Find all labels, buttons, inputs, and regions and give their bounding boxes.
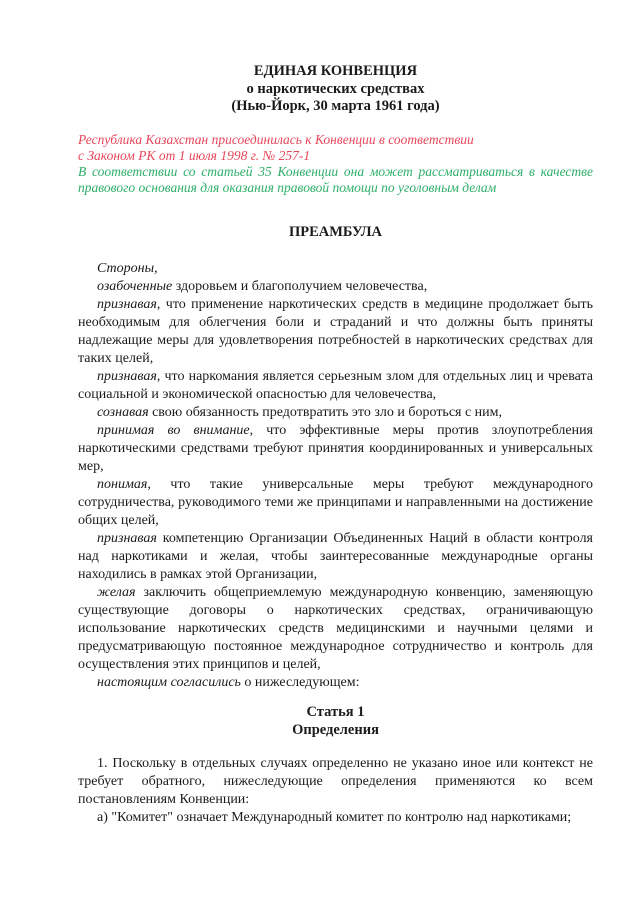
title-line-3: (Нью-Йорк, 30 марта 1961 года): [78, 98, 593, 116]
preamble-paragraph: понимая, что такие универсальные меры тр…: [78, 476, 593, 530]
preamble-paragraph: признавая, что применение наркотических …: [78, 296, 593, 368]
paragraph-text: , что такие универсальные меры требуют м…: [78, 477, 593, 528]
accession-note-line-1: Республика Казахстан присоединилась к Ко…: [78, 132, 593, 148]
preamble-paragraph: признавая компетенцию Организации Объеди…: [78, 530, 593, 584]
legal-basis-note-text: В соответствии со статьей 35 Конвенции о…: [78, 164, 593, 196]
preamble-paragraph: озабоченные здоровьем и благополучием че…: [78, 278, 593, 296]
paragraph-lead: озабоченные: [97, 279, 172, 294]
article-paragraph: 1. Поскольку в отдельных случаях определ…: [78, 755, 593, 809]
paragraph-text: заключить общеприемлемую международную к…: [78, 585, 593, 672]
paragraph-lead: принимая во внимание: [97, 423, 250, 438]
accession-note-line-2: с Законом РК от 1 июля 1998 г. № 257-1: [78, 148, 593, 164]
paragraph-lead: понимая: [97, 477, 147, 492]
preamble-body: Стороны, озабоченные здоровьем и благопо…: [78, 260, 593, 692]
paragraph-lead: Стороны,: [97, 261, 158, 276]
document-page: ЕДИНАЯ КОНВЕНЦИЯ о наркотических средств…: [0, 0, 640, 905]
paragraph-lead: признавая: [97, 297, 157, 312]
paragraph-text: здоровьем и благополучием человечества,: [172, 279, 427, 294]
article-1-number: Статья 1: [78, 704, 593, 722]
legal-basis-note: В соответствии со статьей 35 Конвенции о…: [78, 164, 593, 196]
paragraph-lead: желая: [97, 585, 136, 600]
document-title: ЕДИНАЯ КОНВЕНЦИЯ о наркотических средств…: [78, 63, 593, 116]
accession-note: Республика Казахстан присоединилась к Ко…: [78, 132, 593, 164]
article-paragraph: а) "Комитет" означает Международный коми…: [78, 809, 593, 827]
paragraph-lead: признавая: [97, 531, 157, 546]
paragraph-lead: сознавая: [97, 405, 149, 420]
preamble-paragraph: желая заключить общеприемлемую междунаро…: [78, 584, 593, 674]
preamble-paragraph: сознавая свою обязанность предотвратить …: [78, 404, 593, 422]
title-line-2: о наркотических средствах: [78, 81, 593, 99]
paragraph-text: о нижеследующем:: [241, 675, 360, 690]
preamble-paragraph: признавая, что наркомания является серье…: [78, 368, 593, 404]
article-1-heading: Статья 1 Определения: [78, 704, 593, 739]
preamble-heading: ПРЕАМБУЛА: [78, 224, 593, 242]
preamble-paragraph: принимая во внимание, что эффективные ме…: [78, 422, 593, 476]
paragraph-lead: настоящим согласились: [97, 675, 241, 690]
paragraph-text: 1. Поскольку в отдельных случаях определ…: [78, 756, 593, 807]
paragraph-text: а) "Комитет" означает Международный коми…: [97, 810, 571, 825]
paragraph-text: свою обязанность предотвратить это зло и…: [149, 405, 502, 420]
article-1-body: 1. Поскольку в отдельных случаях определ…: [78, 755, 593, 827]
paragraph-lead: признавая: [97, 369, 157, 384]
article-1-title: Определения: [78, 722, 593, 740]
preamble-paragraph: настоящим согласились о нижеследующем:: [78, 674, 593, 692]
title-line-1: ЕДИНАЯ КОНВЕНЦИЯ: [78, 63, 593, 81]
preamble-paragraph: Стороны,: [78, 260, 593, 278]
